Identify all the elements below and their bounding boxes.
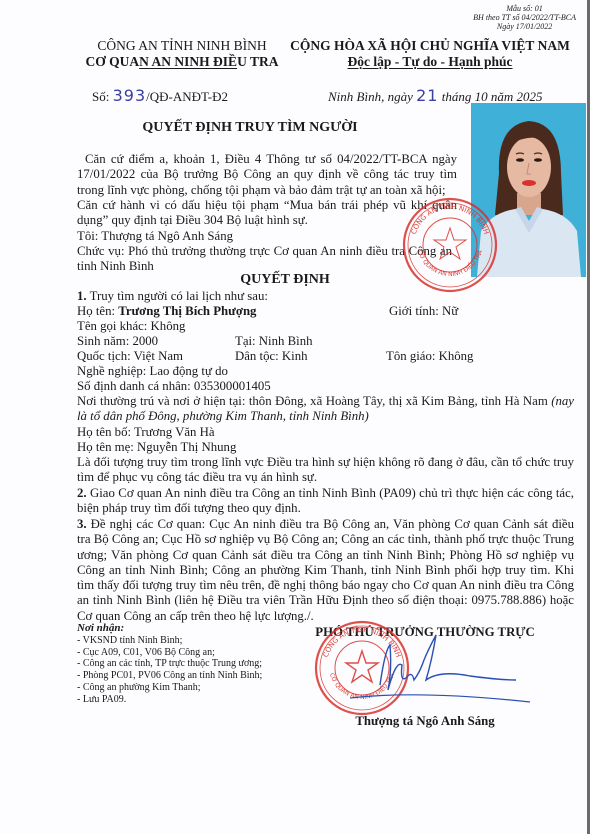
suspect-name: Trương Thị Bích Phượng: [118, 304, 256, 318]
mother-name: Họ tên mẹ: Nguyễn Thị Nhung: [77, 440, 236, 455]
form-basis: BH theo TT số 04/2022/TT-BCA: [473, 13, 576, 22]
form-template-note: Mẫu số: 01 BH theo TT số 04/2022/TT-BCA …: [473, 4, 576, 31]
suspect-status: Là đối tượng truy tìm trong lĩnh vực Điề…: [77, 455, 574, 486]
section-1-intro: 1. Truy tìm người có lai lịch như sau:: [77, 289, 268, 304]
full-name: Họ tên: Trương Thị Bích Phượng: [77, 304, 256, 319]
recipient-item: - Công an các tỉnh, TP trực thuộc Trung …: [77, 658, 262, 670]
handwritten-number: 393: [113, 86, 147, 105]
recipient-item: - Lưu PA09.: [77, 694, 262, 706]
id-number: Số định danh cá nhân: 035300001405: [77, 379, 271, 394]
decision-heading: QUYẾT ĐỊNH: [60, 272, 510, 288]
signatory-name: Thượng tá Ngô Anh Sáng: [300, 714, 550, 729]
occupation: Nghề nghiệp: Lao động tự do: [77, 364, 228, 379]
father-name: Họ tên bố: Trương Văn Hà: [77, 425, 215, 440]
issuer: Tôi: Thượng tá Ngô Anh Sáng: [77, 229, 233, 244]
religion: Tôn giáo: Không: [386, 349, 473, 364]
national-motto: Độc lập - Tự do - Hạnh phúc: [280, 54, 580, 70]
signature-icon: [340, 630, 540, 710]
form-number: Mẫu số: 01: [473, 4, 576, 13]
birth-year: Sinh năm: 2000: [77, 334, 158, 349]
recipient-item: - Công an phường Kim Thanh;: [77, 682, 262, 694]
form-date: Ngày 17/01/2022: [473, 22, 576, 31]
agency-parent: CÔNG AN TỈNH NINH BÌNH: [72, 38, 292, 54]
suspect-photo: [471, 103, 586, 277]
recipient-item: - Phòng PC01, PV06 Công an tỉnh Ninh Bìn…: [77, 670, 262, 682]
document-number: Số: 393/QĐ-ANĐT-Đ2: [92, 86, 228, 105]
ethnicity: Dân tộc: Kinh: [235, 349, 308, 364]
section-2: 2. Giao Cơ quan An ninh điều tra Công an…: [77, 486, 574, 517]
national-motto-header: CỘNG HÒA XÃ HỘI CHỦ NGHĨA VIỆT NAM Độc l…: [280, 38, 580, 70]
issuer-position: Chức vụ: Phó thủ trưởng thường trực Cơ q…: [77, 244, 452, 275]
handwritten-day: 21: [416, 86, 438, 105]
issuing-agency-header: CÔNG AN TỈNH NINH BÌNH CƠ QUAN AN NINH Đ…: [72, 38, 292, 70]
country-name: CỘNG HÒA XÃ HỘI CHỦ NGHĨA VIỆT NAM: [280, 38, 580, 54]
recipient-item: - VKSND tỉnh Ninh Bình;: [77, 635, 262, 647]
recipient-item: - Cục A09, C01, V06 Bộ Công an;: [77, 647, 262, 659]
section-3: 3. Đề nghị các Cơ quan: Cục An ninh điều…: [77, 517, 574, 624]
nationality: Quốc tịch: Việt Nam: [77, 349, 183, 364]
residence: Nơi thường trú và nơi ở hiện tại: thôn Đ…: [77, 394, 574, 425]
recipients-heading: Nơi nhận:: [77, 623, 262, 635]
recipients-list: Nơi nhận: - VKSND tỉnh Ninh Bình; - Cục …: [77, 623, 262, 706]
birth-place: Tại: Ninh Bình: [235, 334, 313, 349]
agency-name: CƠ QUAN AN NINH ĐIỀU TRA: [72, 54, 292, 70]
legal-basis-2: Căn cứ hành vi có dấu hiệu tội phạm “Mua…: [77, 198, 457, 229]
gender: Giới tính: Nữ: [389, 304, 458, 319]
document-title: QUYẾT ĐỊNH TRUY TÌM NGƯỜI: [60, 120, 440, 136]
portrait-image: [471, 103, 586, 277]
alias: Tên gọi khác: Không: [77, 319, 185, 334]
legal-basis-1: Căn cứ điểm a, khoản 1, Điều 4 Thông tư …: [77, 152, 457, 198]
